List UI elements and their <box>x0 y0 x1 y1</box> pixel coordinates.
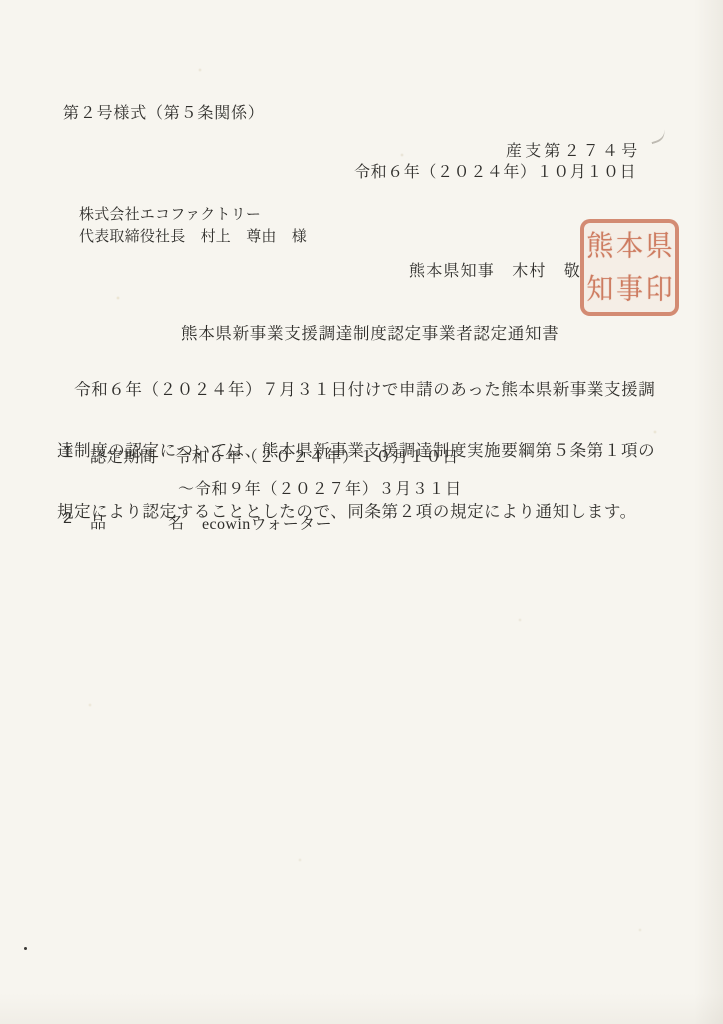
item-2-number: 2 <box>63 510 72 528</box>
recipient-company: 株式会社エコファクトリー <box>79 203 261 224</box>
item-1-value-start-date: 令和６年（２０２４年）１０月１０日 <box>175 444 459 467</box>
seal-char: 本 <box>615 224 645 269</box>
item-2-value-product-name: ecowinウォーター <box>202 511 332 534</box>
seal-char: 事 <box>615 266 645 311</box>
form-number: 第２号様式（第５条関係） <box>63 100 265 123</box>
seal-char: 県 <box>644 224 674 269</box>
document-number: 産支第２７４号 <box>506 138 640 161</box>
seal-char: 熊 <box>585 224 615 269</box>
item-1-number: 1 <box>63 444 72 462</box>
issue-date: 令和６年（２０２４年）１０月１０日 <box>354 159 636 182</box>
issuer-governor-line: 熊本県知事 木村 敬 <box>409 258 581 281</box>
seal-char: 知 <box>585 266 615 311</box>
scan-artifact-dot <box>24 947 27 950</box>
seal-char: 印 <box>644 266 674 311</box>
item-2-label-left: 品 <box>90 510 107 533</box>
item-2-label-right: 名 <box>168 510 185 533</box>
body-line-3: 規定により認定することとしたので、同条第２項の規定により通知します。 <box>57 501 655 524</box>
item-1-label: 認定期間 <box>90 444 156 467</box>
body-line-1: 令和６年（２０２４年）７月３１日付けで申請のあった熊本県新事業支援調 <box>57 379 655 402</box>
scan-artifact-mark <box>649 129 668 144</box>
item-1-value-end-date: ～令和９年（２０２７年）３月３１日 <box>178 476 462 499</box>
governor-official-seal: 熊 本 県 知 事 印 <box>580 219 679 316</box>
recipient-person: 代表取締役社長 村上 尊由 様 <box>79 225 307 246</box>
scanned-document-page: 第２号様式（第５条関係） 産支第２７４号 令和６年（２０２４年）１０月１０日 株… <box>0 0 723 1024</box>
